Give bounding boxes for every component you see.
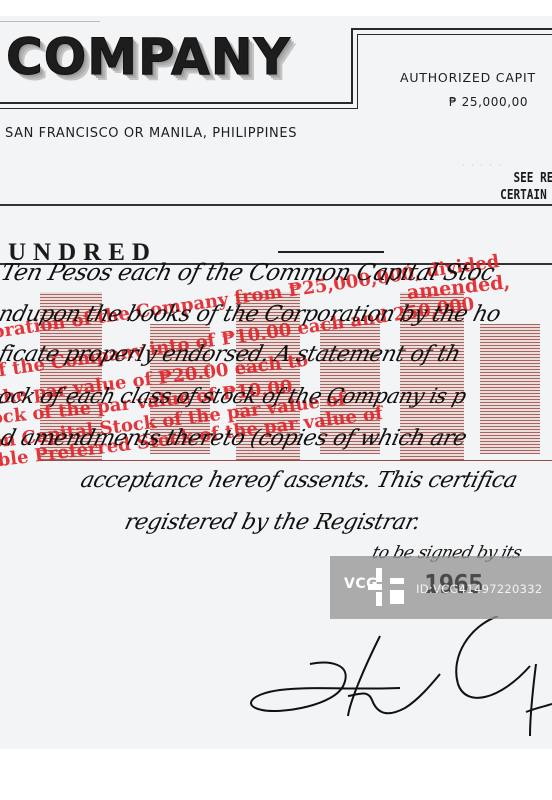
script-line: Ten Pesos each of the Common Capital Sto… xyxy=(0,260,497,286)
amount-rule-top xyxy=(0,204,552,206)
header-frame-bottom-left xyxy=(0,102,352,104)
amount-dash xyxy=(278,251,384,253)
blank-margin xyxy=(0,749,552,800)
header-frame-top-right xyxy=(351,28,552,30)
script-line: acceptance hereof assents. This certific… xyxy=(78,468,520,493)
faded-overprint: · · · · · xyxy=(462,161,503,170)
header-frame-top-right-inner xyxy=(357,34,552,35)
certificate-paper: COMPANY SAN FRANCISCO OR MANILA, PHILIPP… xyxy=(0,16,552,749)
script-line: ock of each class of stock of the Compan… xyxy=(0,384,469,408)
script-line: d amendments thereto (copies of which ar… xyxy=(0,426,469,451)
header-frame-top-left xyxy=(0,21,100,22)
vcg-logo-icon xyxy=(368,566,404,606)
script-line: registered by the Registrar. xyxy=(122,510,423,535)
stock-photo-watermark: VCG 1965 ID:VCG41497220332 xyxy=(330,556,552,619)
header-frame-vertical-inner xyxy=(357,34,358,109)
company-location: SAN FRANCISCO OR MANILA, PHILIPPINES xyxy=(5,126,297,141)
authorized-capital-value: ₱ 25,000,00 xyxy=(449,95,528,109)
seal-letter-block xyxy=(480,324,540,454)
company-name: COMPANY xyxy=(6,28,291,86)
watermark-id: ID:VCG41497220332 xyxy=(416,582,543,596)
authorized-capital-label: AUTHORIZED CAPIT xyxy=(400,70,536,85)
header-frame-bottom-left-inner xyxy=(0,108,358,109)
signature xyxy=(240,616,552,749)
header-frame-vertical xyxy=(351,28,353,104)
seal-baseline xyxy=(40,460,552,461)
see-reverse-line-1: SEE REVERS xyxy=(513,171,552,186)
see-reverse-line-2: CERTAIN DEFI xyxy=(500,188,552,203)
script-line: ficate properly endorsed. A statement of… xyxy=(0,342,463,367)
script-line: ndupon the books of the Corporation by t… xyxy=(0,302,503,327)
see-reverse-notice: SEE REVERS CERTAIN DEFI xyxy=(444,170,552,204)
